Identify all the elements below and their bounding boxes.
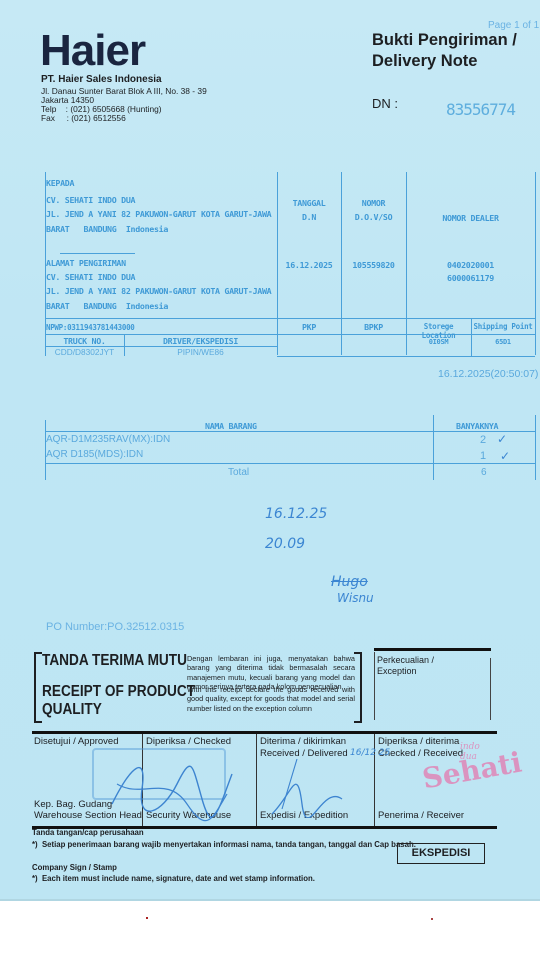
dealer-value-1: 0402020001 <box>406 260 535 270</box>
shipping-address: JL. JEND A YANI 82 PAKUWON-GARUT KOTA GA… <box>46 286 271 296</box>
document-title: Bukti Pengiriman / Delivery Note <box>372 30 517 72</box>
recipient-name: CV. SEHATI INDO DUA <box>46 195 135 205</box>
item-name: AQR D185(MDS):IDN <box>46 449 143 460</box>
shipping-city: BARAT BANDUNG Indonesia <box>46 301 168 311</box>
items-col-name: NAMA BARANG <box>205 421 257 431</box>
receipt-title-en-2: QUALITY <box>42 701 102 719</box>
item-qty: 1 <box>480 450 486 462</box>
footer-sign-en: Company Sign / Stamp <box>32 863 117 872</box>
bpkp-header: BPKP <box>341 322 406 332</box>
divider <box>60 253 135 254</box>
signature-expedition <box>267 754 347 818</box>
print-timestamp: 16.12.2025(20:50:07) <box>438 368 538 380</box>
title-english: Delivery Note <box>372 51 517 72</box>
sig-received-label-id: Diperiksa / diterima <box>378 736 459 747</box>
recipient-city: BARAT BANDUNG Indonesia <box>46 224 168 234</box>
signature-scribble <box>92 744 242 822</box>
dealer-label: NOMOR DEALER <box>406 213 535 223</box>
footer-sign-id: Tanda tangan/cap perusahaan <box>32 828 144 837</box>
copy-label-ekspedisi: EKSPEDISI <box>397 843 485 864</box>
shipping-label: ALAMAT PENGIRIMAN <box>46 258 126 268</box>
items-border-right <box>535 415 536 480</box>
sig-delivered-label-id: Diterima / dikirimkan <box>260 736 346 747</box>
items-divider <box>433 415 434 480</box>
table-row-line <box>277 356 535 357</box>
driver-value: PIPIN/WE86 <box>124 347 277 357</box>
shipping-point-value: 65D1 <box>471 338 535 346</box>
shipping-name: CV. SEHATI INDO DUA <box>46 272 135 282</box>
exception-label-id: Perkecualian / <box>377 655 434 666</box>
signature-table: Disetujui / Approved Kep. Bag. Gudang Wa… <box>32 731 497 829</box>
footer-note-en: *) Each item must include name, signatur… <box>32 874 315 883</box>
dn-label: DN : <box>372 96 398 111</box>
items-total-line <box>45 463 535 464</box>
exception-top-bar <box>374 648 491 651</box>
item-qty: 2 <box>480 434 486 446</box>
npwp: NPWP:0311943781443000 <box>46 323 135 332</box>
table-border-right <box>535 172 536 355</box>
recipient-address: JL. JEND A YANI 82 PAKUWON-GARUT KOTA GA… <box>46 209 271 219</box>
bracket-left <box>34 652 42 723</box>
delivery-note-page: Haier PT. Haier Sales Indonesia Jl. Dana… <box>0 0 540 901</box>
tanggal-value: 16.12.2025 <box>277 260 341 270</box>
storage-location-value: 0I0SM <box>406 338 471 346</box>
dn-number: 83556774 <box>446 100 515 119</box>
dealer-value-2: 6000061179 <box>406 273 535 283</box>
signature-name: Wisnu <box>337 591 374 605</box>
total-value: 6 <box>481 467 487 478</box>
receipt-title-en-1: RECEIPT OF PRODUCT <box>42 683 195 701</box>
tanggal-label: TANGGAL <box>277 198 341 208</box>
check-mark: ✓ <box>497 432 507 446</box>
receipt-text-en: With this receipt declare the goods rece… <box>187 685 355 713</box>
item-name: AQR-D1M235RAV(MX):IDN <box>46 434 170 445</box>
receipt-title-id: TANDA TERIMA MUTU <box>42 652 187 670</box>
speck <box>146 917 148 919</box>
nomor-sub: D.O.V/SO <box>341 212 406 222</box>
footer-note-id: *) Setiap penerimaan barang wajib menyer… <box>32 840 416 849</box>
po-number: PO Number:PO.32512.0315 <box>46 621 184 633</box>
kepada-label: KEPADA <box>46 178 74 188</box>
nomor-label: NOMOR <box>341 198 406 208</box>
sig-divider <box>256 734 257 826</box>
title-indonesian: Bukti Pengiriman / <box>372 30 517 51</box>
bracket-right <box>354 652 362 723</box>
company-name: PT. Haier Sales Indonesia <box>41 74 162 85</box>
exception-border <box>374 652 375 720</box>
exception-border <box>490 658 491 720</box>
driver-header: DRIVER/EKSPEDISI <box>124 336 277 346</box>
shipping-point-header: Shipping Point <box>471 322 535 331</box>
company-stamp-sub: indo dua <box>460 742 497 762</box>
handwritten-delivery-date: 16/12 25 <box>350 748 390 758</box>
handwritten-time: 20.09 <box>265 536 305 552</box>
haier-logo: Haier <box>40 26 145 76</box>
items-header-line <box>45 431 535 432</box>
speck <box>431 918 433 920</box>
pkp-header: PKP <box>277 322 341 332</box>
truck-header: TRUCK NO. <box>45 336 124 346</box>
total-label: Total <box>228 467 249 478</box>
nomor-value: 105559820 <box>341 260 406 270</box>
handwritten-date: 16.12.25 <box>265 506 327 522</box>
signature-receiver: Hugo <box>331 574 368 590</box>
company-fax: Fax : (021) 6512556 <box>41 113 126 123</box>
tanggal-sub: D.N <box>277 212 341 222</box>
exception-box[interactable]: Perkecualian / Exception <box>377 655 434 676</box>
table-row-line <box>45 318 535 319</box>
check-mark: ✓ <box>500 449 510 463</box>
exception-label-en: Exception <box>377 666 434 677</box>
truck-value: CDD/D8302JYT <box>45 347 124 357</box>
sig-receiver-role: Penerima / Receiver <box>378 810 464 821</box>
items-col-qty: BANYAKNYA <box>456 421 498 431</box>
